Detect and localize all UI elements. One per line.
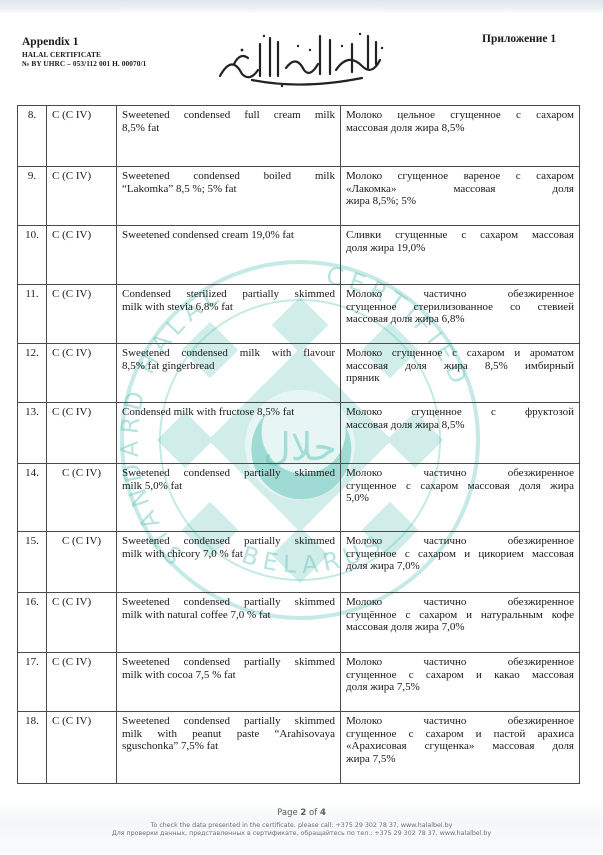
product-category: C (C IV)	[47, 403, 117, 464]
row-number: 10.	[18, 226, 47, 285]
product-name-ru-line: Молоко частично обезжиренное	[346, 596, 574, 609]
product-name-en: Sweetened condensed cream 19,0% fat	[117, 226, 341, 285]
row-number: 16.	[18, 593, 47, 653]
bismillah-calligraphy: بسم الله الرحمن الرحيم	[212, 24, 392, 94]
product-name-ru: Молоко частично обезжиренноесгущенное с …	[341, 464, 580, 532]
product-name-en: Sweetened condensed partially skimmedmil…	[117, 464, 341, 532]
product-name-ru-line: Сливки сгущенные с сахаром массовая	[346, 229, 574, 242]
product-category: C (C IV)	[47, 532, 117, 593]
table-row: 17.C (C IV)Sweetened condensed partially…	[18, 653, 580, 712]
product-category: C (C IV)	[47, 226, 117, 285]
product-name-en-line: Condensed milk with fructose 8,5% fat	[122, 406, 335, 419]
verification-note-en: To check the data presented in the certi…	[0, 822, 603, 829]
verification-note-ru: Для проверки данных, представленных в се…	[0, 830, 603, 837]
product-name-en-line: Sweetened condensed partially skimmed	[122, 596, 335, 609]
appendix-title-ru: Приложение 1	[482, 33, 556, 45]
product-name-en-line: milk with peanut paste “Arahisovaya	[122, 728, 335, 741]
page-prefix: Page	[277, 808, 300, 818]
row-number: 12.	[18, 344, 47, 403]
product-name-ru-line: сгущенное с сахаром и цикорием массовая	[346, 548, 574, 561]
scan-shadow-top	[0, 0, 603, 14]
product-name-en: Sweetened condensed partially skimmedmil…	[117, 712, 341, 784]
product-name-ru-line: 5,0%	[346, 492, 574, 505]
product-name-ru: Молоко цельное сгущенное с сахароммассов…	[341, 106, 580, 167]
table-row: 14.C (C IV)Sweetened condensed partially…	[18, 464, 580, 532]
product-category: C (C IV)	[47, 653, 117, 712]
product-name-en: Sweetened condensed partially skimmedmil…	[117, 653, 341, 712]
product-name-en-line: Sweetened condensed cream 19,0% fat	[122, 229, 335, 242]
products-table-body: 8.C (C IV)Sweetened condensed full cream…	[18, 106, 580, 784]
product-name-en: Sweetened condensed partially skimmedmil…	[117, 532, 341, 593]
certificate-label: HALAL CERTIFICATE	[22, 51, 146, 58]
product-name-ru-line: массовая доля жира 8,5%	[346, 419, 574, 432]
product-name-ru-line: Молоко частично обезжиренное	[346, 535, 574, 548]
product-name-ru-line: Молоко частично обезжиренное	[346, 288, 574, 301]
product-name-ru-line: Молоко сгущенное с фруктозой	[346, 406, 574, 419]
product-category: C (C IV)	[47, 167, 117, 226]
product-name-en-line: Sweetened condensed milk with flavour	[122, 347, 335, 360]
products-table: 8.C (C IV)Sweetened condensed full cream…	[17, 105, 580, 784]
table-row: 11.C (C IV)Condensed sterilized partiall…	[18, 285, 580, 344]
product-category: C (C IV)	[47, 593, 117, 653]
row-number: 9.	[18, 167, 47, 226]
product-name-en: Condensed milk with fructose 8,5% fat	[117, 403, 341, 464]
product-name-en-line: Sweetened condensed partially skimmed	[122, 535, 335, 548]
product-name-en: Sweetened condensed partially skimmedmil…	[117, 593, 341, 653]
product-name-ru: Молоко частично обезжиренноесгущенное ст…	[341, 285, 580, 344]
product-category: C (C IV)	[47, 344, 117, 403]
product-name-ru-line: массовая доля жира 6,8%	[346, 313, 574, 326]
product-name-ru: Молоко частично обезжиренноесгущенное с …	[341, 712, 580, 784]
row-number: 11.	[18, 285, 47, 344]
product-name-ru: Молоко частично обезжиренноесгущенное с …	[341, 653, 580, 712]
product-name-en-line: Sweetened condensed boiled milk	[122, 170, 335, 183]
product-name-en-line: milk with cocoa 7,5 % fat	[122, 669, 335, 682]
product-name-ru-line: «Лакомка» массовая доля	[346, 183, 574, 196]
product-name-ru-line: сгущенное стерилизованное со стевией	[346, 301, 574, 314]
product-name-en-line: 8,5% fat	[122, 122, 335, 135]
product-name-en-line: milk with chicory 7,0 % fat	[122, 548, 335, 561]
table-row: 10.C (C IV)Sweetened condensed cream 19,…	[18, 226, 580, 285]
row-number: 14.	[18, 464, 47, 532]
product-name-en-line: milk with natural coffee 7,0 % fat	[122, 609, 335, 622]
product-category: C (C IV)	[47, 464, 117, 532]
product-name-en-line: Sweetened condensed full cream milk	[122, 109, 335, 122]
page-footer: Page 2 of 4 To check the data presented …	[0, 808, 603, 837]
product-name-ru: Молоко сгущенное вареное с сахаром«Лаком…	[341, 167, 580, 226]
product-name-ru-line: пряник	[346, 372, 574, 385]
product-name-ru-line: Молоко частично обезжиренное	[346, 715, 574, 728]
product-category: C (C IV)	[47, 106, 117, 167]
product-name-ru-line: жира 7,5%	[346, 753, 574, 766]
product-name-en-line: Sweetened condensed partially skimmed	[122, 715, 335, 728]
product-name-ru-line: Молоко сгущенное вареное с сахаром	[346, 170, 574, 183]
product-name-ru-line: Молоко частично обезжиренное	[346, 467, 574, 480]
certificate-number: № BY UHRC – 053/112 001 H. 00070/1	[22, 60, 146, 67]
table-row: 13.C (C IV)Condensed milk with fructose …	[18, 403, 580, 464]
product-name-en: Sweetened condensed full cream milk8,5% …	[117, 106, 341, 167]
product-name-ru-line: Молоко частично обезжиренное	[346, 656, 574, 669]
page-total: 4	[320, 808, 326, 818]
page-of: of	[306, 808, 320, 818]
product-name-en-line: milk 5,0% fat	[122, 480, 335, 493]
product-name-en-line: Sweetened condensed partially skimmed	[122, 656, 335, 669]
row-number: 8.	[18, 106, 47, 167]
product-name-ru: Молоко сгущенное с сахаром и ароматоммас…	[341, 344, 580, 403]
product-name-en: Sweetened condensed boiled milk“Lakomka”…	[117, 167, 341, 226]
product-name-ru-line: Молоко цельное сгущенное с сахаром	[346, 109, 574, 122]
product-name-en-line: Sweetened condensed partially skimmed	[122, 467, 335, 480]
product-name-en: Condensed sterilized partially skimmedmi…	[117, 285, 341, 344]
product-name-en-line: “Lakomka” 8,5 %; 5% fat	[122, 183, 335, 196]
product-name-ru: Сливки сгущенные с сахаром массоваядоля …	[341, 226, 580, 285]
product-name-ru-line: доля жира 19,0%	[346, 242, 574, 255]
bismillah-text: بسم الله الرحمن الرحيم	[297, 91, 308, 93]
page-indicator: Page 2 of 4	[0, 808, 603, 818]
table-row: 15.C (C IV)Sweetened condensed partially…	[18, 532, 580, 593]
product-name-en-line: Condensed sterilized partially skimmed	[122, 288, 335, 301]
product-name-ru-line: сгущённое с сахаром и натуральным кофе	[346, 609, 574, 622]
product-name-en-line: 8,5% fat gingerbread	[122, 360, 335, 373]
table-row: 18.C (C IV)Sweetened condensed partially…	[18, 712, 580, 784]
product-category: C (C IV)	[47, 712, 117, 784]
product-name-ru-line: сгущенное с сахаром массовая доля жира	[346, 480, 574, 493]
product-name-ru-line: сгущенное с сахаром и пастой арахиса	[346, 728, 574, 741]
product-name-ru-line: массовая доля жира 8,5%	[346, 122, 574, 135]
product-name-ru: Молоко сгущенное с фруктозоймассовая дол…	[341, 403, 580, 464]
product-name-ru-line: массовая доля жира 8,5% имбирный	[346, 360, 574, 373]
row-number: 13.	[18, 403, 47, 464]
product-name-ru-line: массовая доля жира 7,0%	[346, 621, 574, 634]
product-name-ru: Молоко частично обезжиренноесгущенное с …	[341, 532, 580, 593]
table-row: 12.C (C IV)Sweetened condensed milk with…	[18, 344, 580, 403]
table-row: 9.C (C IV)Sweetened condensed boiled mil…	[18, 167, 580, 226]
product-name-ru-line: «Арахисовая сгущенка» массовая доля	[346, 740, 574, 753]
product-name-ru: Молоко частично обезжиренноесгущённое с …	[341, 593, 580, 653]
product-category: C (C IV)	[47, 285, 117, 344]
product-name-en: Sweetened condensed milk with flavour8,5…	[117, 344, 341, 403]
row-number: 17.	[18, 653, 47, 712]
appendix-title: Appendix 1	[22, 37, 146, 49]
product-name-ru-line: Молоко сгущенное с сахаром и ароматом	[346, 347, 574, 360]
row-number: 15.	[18, 532, 47, 593]
product-name-ru-line: сгущенное с сахаром и какао массовая	[346, 669, 574, 682]
table-row: 16.C (C IV)Sweetened condensed partially…	[18, 593, 580, 653]
product-name-ru-line: доля жира 7,0%	[346, 560, 574, 573]
row-number: 18.	[18, 712, 47, 784]
product-name-ru-line: доля жира 7,5%	[346, 681, 574, 694]
product-name-en-line: sguschonka” 7,5% fat	[122, 740, 335, 753]
document-header-left: Appendix 1 HALAL CERTIFICATE № BY UHRC –…	[22, 37, 146, 67]
table-row: 8.C (C IV)Sweetened condensed full cream…	[18, 106, 580, 167]
product-name-ru-line: жира 8,5%; 5%	[346, 195, 574, 208]
product-name-en-line: milk with stevia 6,8% fat	[122, 301, 335, 314]
